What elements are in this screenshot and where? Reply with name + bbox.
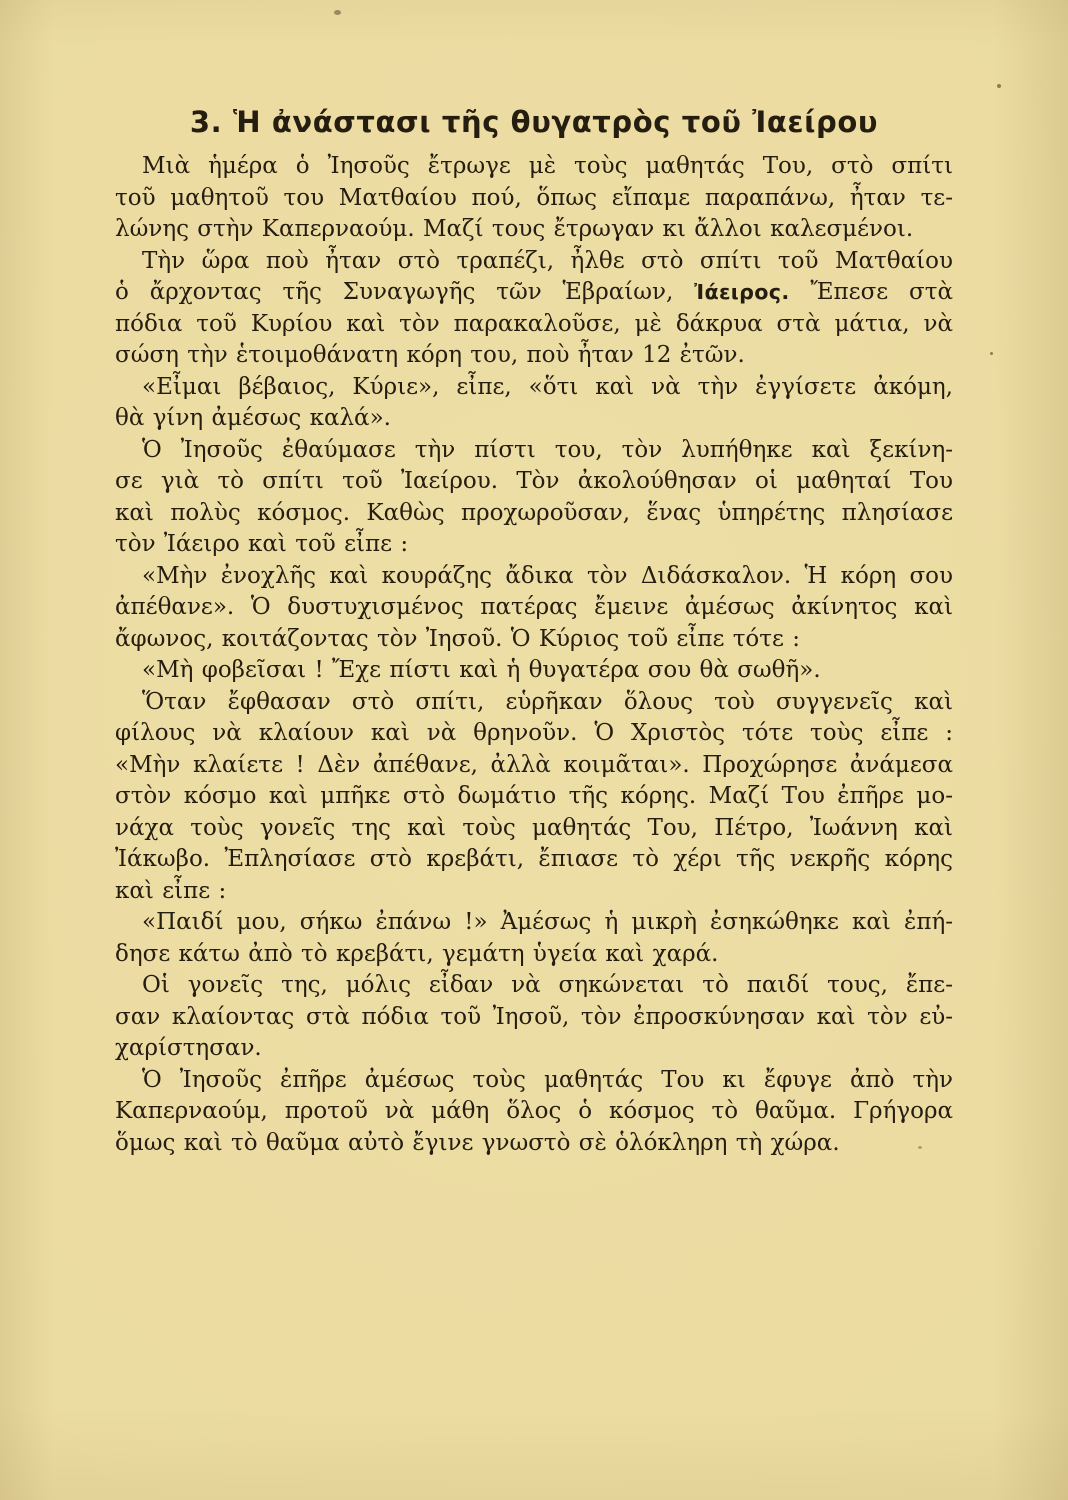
text-segment: Ἰάκωβο. Ἐπλησίασε στὸ κρεβάτι, ἔπιασε τὸ… (115, 846, 953, 872)
text-segment: σε γιὰ τὸ σπίτι τοῦ Ἰαείρου. Τὸν ἀκολούθ… (115, 468, 953, 494)
text-line: Ὁ Ἰησοῦς ἐθαύμασε τὴν πίστι του, τὸν λυπ… (115, 435, 953, 467)
text-segment: τοῦ μαθητοῦ του Ματθαίου πού, ὅπως εἴπαμ… (115, 185, 953, 211)
text-segment: σώση τὴν ἑτοιμοθάνατη κόρη του, ποὺ ἦταν… (115, 342, 745, 368)
text-line: πόδια τοῦ Κυρίου καὶ τὸν παρακαλοῦσε, μὲ… (115, 309, 953, 341)
scanned-book-page: 3. Ἡ ἀνάστασι τῆς θυγατρὸς τοῦ Ἰαείρου Μ… (0, 0, 1068, 1500)
text-line: σαν κλαίοντας στὰ πόδια τοῦ Ἰησοῦ, τὸν ἐ… (115, 1002, 953, 1034)
scan-speck (990, 352, 993, 355)
text-line: νάχα τοὺς γονεῖς της καὶ τοὺς μαθητάς Το… (115, 813, 953, 845)
text-segment: χαρίστησαν. (115, 1035, 262, 1061)
paragraph: Τὴν ὥρα ποὺ ἦταν στὸ τραπέζι, ἦλθε στὸ σ… (115, 246, 953, 372)
paragraph: Ὅταν ἔφθασαν στὸ σπίτι, εὑρῆκαν ὅλους το… (115, 687, 953, 908)
text-segment: ἀπέθανε». Ὁ δυστυχισμένος πατέρας ἔμεινε… (115, 594, 953, 620)
text-line: στὸν κόσμο καὶ μπῆκε στὸ δωμάτιο τῆς κόρ… (115, 781, 953, 813)
paragraph: Ὁ Ἰησοῦς ἐπῆρε ἀμέσως τοὺς μαθητάς Του κ… (115, 1065, 953, 1160)
paragraph: Οἱ γονεῖς της, μόλις εἶδαν νὰ σηκώνεται … (115, 970, 953, 1065)
text-segment: ὁ ἄρχοντας τῆς Συναγωγῆς τῶν Ἑβραίων, (115, 279, 694, 305)
text-segment: Μιὰ ἡμέρα ὁ Ἰησοῦς ἔτρωγε μὲ τοὺς μαθητά… (142, 153, 953, 179)
text-line: θὰ γίνη ἀμέσως καλά». (115, 403, 953, 435)
text-line: λώνης στὴν Καπερναούμ. Μαζί τους ἔτρωγαν… (115, 214, 953, 246)
text-segment: δησε κάτω ἀπὸ τὸ κρεβάτι, γεμάτη ὑγεία κ… (115, 941, 718, 967)
text-line: Τὴν ὥρα ποὺ ἦταν στὸ τραπέζι, ἦλθε στὸ σ… (115, 246, 953, 278)
text-segment: Τὴν ὥρα ποὺ ἦταν στὸ τραπέζι, ἦλθε στὸ σ… (142, 248, 953, 274)
text-line: Μιὰ ἡμέρα ὁ Ἰησοῦς ἔτρωγε μὲ τοὺς μαθητά… (115, 151, 953, 183)
text-segment: στὸν κόσμο καὶ μπῆκε στὸ δωμάτιο τῆς κόρ… (115, 783, 953, 809)
text-segment: «Μὴν κλαίετε ! Δὲν ἀπέθανε, ἀλλὰ κοιμᾶτα… (115, 752, 953, 778)
text-line: «Μὴν κλαίετε ! Δὲν ἀπέθανε, ἀλλὰ κοιμᾶτα… (115, 750, 953, 782)
text-line: Οἱ γονεῖς της, μόλις εἶδαν νὰ σηκώνεται … (115, 970, 953, 1002)
text-line: σώση τὴν ἑτοιμοθάνατη κόρη του, ποὺ ἦταν… (115, 340, 953, 372)
text-segment: «Μὴ φοβεῖσαι ! Ἔχε πίστι καὶ ἡ θυγατέρα … (142, 657, 821, 683)
paragraph: Μιὰ ἡμέρα ὁ Ἰησοῦς ἔτρωγε μὲ τοὺς μαθητά… (115, 151, 953, 246)
scan-speck (334, 10, 341, 15)
text-line: Καπερναούμ, προτοῦ νὰ μάθη ὅλος ὁ κόσμος… (115, 1096, 953, 1128)
text-segment: τὸν Ἰάειρο καὶ τοῦ εἶπε : (115, 531, 408, 557)
paragraph: «Παιδί μου, σήκω ἐπάνω !» Ἀμέσως ἡ μικρὴ… (115, 907, 953, 970)
text-segment: λώνης στὴν Καπερναούμ. Μαζί τους ἔτρωγαν… (115, 216, 913, 242)
text-segment: πόδια τοῦ Κυρίου καὶ τὸν παρακαλοῦσε, μὲ… (115, 311, 953, 337)
text-segment: νάχα τοὺς γονεῖς της καὶ τοὺς μαθητάς Το… (115, 815, 953, 841)
text-segment: καὶ πολὺς κόσμος. Καθὼς προχωροῦσαν, ἕνα… (115, 500, 953, 526)
text-segment: «Εἶμαι βέβαιος, Κύριε», εἶπε, «ὅτι καὶ ν… (142, 374, 953, 400)
text-body: Μιὰ ἡμέρα ὁ Ἰησοῦς ἔτρωγε μὲ τοὺς μαθητά… (115, 151, 953, 1159)
section-title: 3. Ἡ ἀνάστασι τῆς θυγατρὸς τοῦ Ἰαείρου (115, 105, 953, 139)
text-line: τὸν Ἰάειρο καὶ τοῦ εἶπε : (115, 529, 953, 561)
text-segment: Καπερναούμ, προτοῦ νὰ μάθη ὅλος ὁ κόσμος… (115, 1098, 953, 1124)
text-line: τοῦ μαθητοῦ του Ματθαίου πού, ὅπως εἴπαμ… (115, 183, 953, 215)
text-line: Ὅταν ἔφθασαν στὸ σπίτι, εὑρῆκαν ὅλους το… (115, 687, 953, 719)
bold-term: Ἰάειρος. (694, 280, 789, 304)
text-segment: «Παιδί μου, σήκω ἐπάνω !» Ἀμέσως ἡ μικρὴ… (142, 909, 953, 935)
text-segment: Ὅταν ἔφθασαν στὸ σπίτι, εὑρῆκαν ὅλους το… (142, 689, 953, 715)
text-segment: Ἔπεσε στὰ (790, 279, 954, 305)
paragraph: «Μὴ φοβεῖσαι ! Ἔχε πίστι καὶ ἡ θυγατέρα … (115, 655, 953, 687)
text-segment: θὰ γίνη ἀμέσως καλά». (115, 405, 391, 431)
scan-speck (997, 84, 1001, 88)
text-segment: ὅμως καὶ τὸ θαῦμα αὐτὸ ἔγινε γνωστὸ σὲ ὁ… (115, 1130, 840, 1156)
paragraph: «Εἶμαι βέβαιος, Κύριε», εἶπε, «ὅτι καὶ ν… (115, 372, 953, 435)
text-line: «Παιδί μου, σήκω ἐπάνω !» Ἀμέσως ἡ μικρὴ… (115, 907, 953, 939)
text-segment: καὶ εἶπε : (115, 878, 226, 904)
text-segment: σαν κλαίοντας στὰ πόδια τοῦ Ἰησοῦ, τὸν ἐ… (115, 1004, 953, 1030)
text-segment: «Μὴν ἐνοχλῆς καὶ κουράζης ἄδικα τὸν Διδά… (142, 563, 953, 589)
text-line: καὶ εἶπε : (115, 876, 953, 908)
text-line: δησε κάτω ἀπὸ τὸ κρεβάτι, γεμάτη ὑγεία κ… (115, 939, 953, 971)
text-line: Ὁ Ἰησοῦς ἐπῆρε ἀμέσως τοὺς μαθητάς Του κ… (115, 1065, 953, 1097)
text-line: φίλους νὰ κλαίουν καὶ νὰ θρηνοῦν. Ὁ Χρισ… (115, 718, 953, 750)
paragraph: «Μὴν ἐνοχλῆς καὶ κουράζης ἄδικα τὸν Διδά… (115, 561, 953, 656)
text-line: καὶ πολὺς κόσμος. Καθὼς προχωροῦσαν, ἕνα… (115, 498, 953, 530)
text-line: «Μὴ φοβεῖσαι ! Ἔχε πίστι καὶ ἡ θυγατέρα … (115, 655, 953, 687)
text-segment: Οἱ γονεῖς της, μόλις εἶδαν νὰ σηκώνεται … (142, 972, 953, 998)
text-line: ἄφωνος, κοιτάζοντας τὸν Ἰησοῦ. Ὁ Κύριος … (115, 624, 953, 656)
text-segment: φίλους νὰ κλαίουν καὶ νὰ θρηνοῦν. Ὁ Χρισ… (115, 720, 953, 746)
text-segment: Ὁ Ἰησοῦς ἐπῆρε ἀμέσως τοὺς μαθητάς Του κ… (142, 1067, 953, 1093)
text-line: ὁ ἄρχοντας τῆς Συναγωγῆς τῶν Ἑβραίων, Ἰά… (115, 277, 953, 309)
text-line: «Εἶμαι βέβαιος, Κύριε», εἶπε, «ὅτι καὶ ν… (115, 372, 953, 404)
text-segment: ἄφωνος, κοιτάζοντας τὸν Ἰησοῦ. Ὁ Κύριος … (115, 626, 800, 652)
text-line: ἀπέθανε». Ὁ δυστυχισμένος πατέρας ἔμεινε… (115, 592, 953, 624)
text-segment: Ὁ Ἰησοῦς ἐθαύμασε τὴν πίστι του, τὸν λυπ… (142, 437, 953, 463)
text-line: ὅμως καὶ τὸ θαῦμα αὐτὸ ἔγινε γνωστὸ σὲ ὁ… (115, 1128, 953, 1160)
paragraph: Ὁ Ἰησοῦς ἐθαύμασε τὴν πίστι του, τὸν λυπ… (115, 435, 953, 561)
text-line: χαρίστησαν. (115, 1033, 953, 1065)
text-line: «Μὴν ἐνοχλῆς καὶ κουράζης ἄδικα τὸν Διδά… (115, 561, 953, 593)
text-line: σε γιὰ τὸ σπίτι τοῦ Ἰαείρου. Τὸν ἀκολούθ… (115, 466, 953, 498)
text-line: Ἰάκωβο. Ἐπλησίασε στὸ κρεβάτι, ἔπιασε τὸ… (115, 844, 953, 876)
